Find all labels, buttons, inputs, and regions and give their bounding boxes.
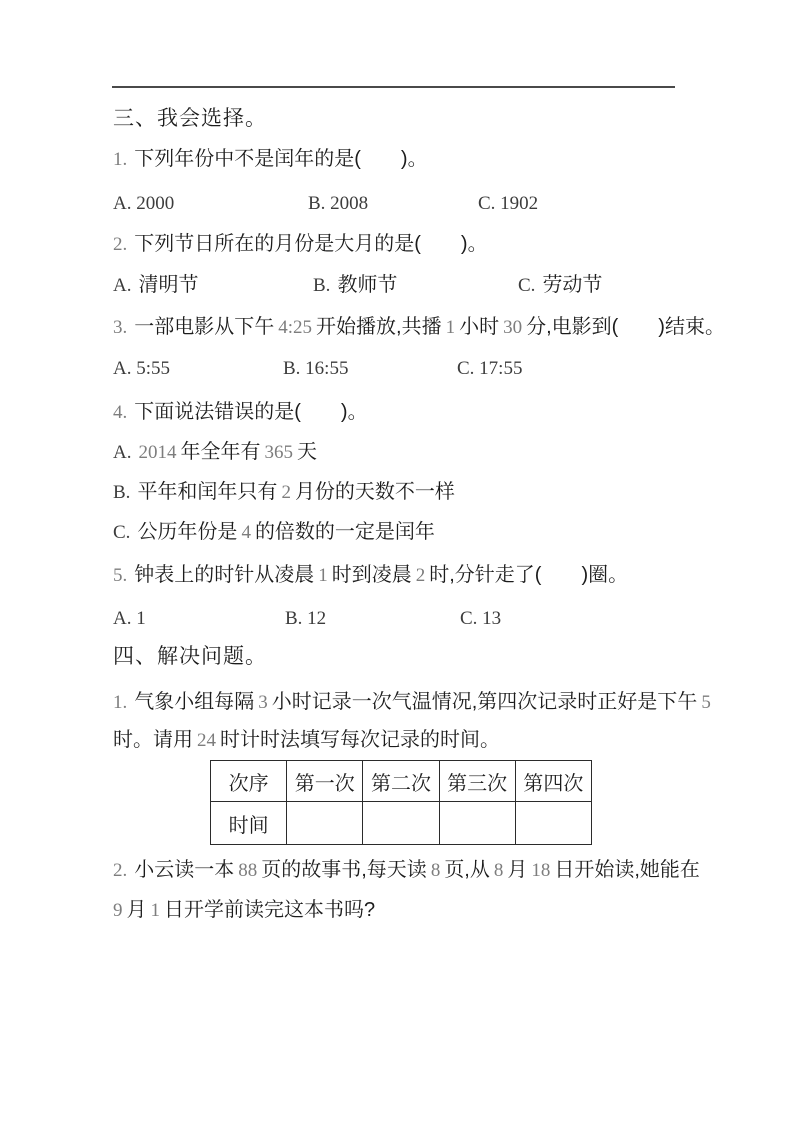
problem-2-line1: 2.小云读一本88页的故事书,每天读8页,从8月18日开始读,她能在 xyxy=(113,856,700,885)
p2-question-end: 日开学前读完这本书吗? xyxy=(164,899,375,921)
q2-option-a-letter: A. xyxy=(113,275,131,296)
problem-2-number: 2. xyxy=(113,860,127,881)
q2-option-c: C.劳动节 xyxy=(518,271,602,300)
table-header-cell: 第三次 xyxy=(439,761,515,802)
p1-text-end: 时计时法填写每次记录的时间。 xyxy=(220,729,500,751)
p2-text-part: 小云读一本 xyxy=(134,859,234,881)
table-time-row: 时间 xyxy=(211,802,592,845)
worksheet-page: 三、我会选择。 1.下列年份中不是闰年的是( )。 A. 2000 B. 200… xyxy=(0,0,793,1122)
q4-a-text-end: 天 xyxy=(297,441,317,463)
question-1: 1.下列年份中不是闰年的是( )。 xyxy=(113,145,428,174)
question-1-number: 1. xyxy=(113,149,127,170)
problem-2-line2: 9月1日开学前读完这本书吗? xyxy=(113,896,375,925)
q3-minutes: 30 xyxy=(503,317,522,338)
question-2: 2.下列节日所在的月份是大月的是( )。 xyxy=(113,230,488,259)
q3-text-part: 小时 xyxy=(459,316,499,338)
table-blank-cell xyxy=(439,802,515,845)
question-1-text: 下列年份中不是闰年的是( )。 xyxy=(134,148,427,170)
p2-text-part: 月 xyxy=(127,899,147,921)
question-5: 5.钟表上的时针从凌晨1时到凌晨2时,分针走了( )圈。 xyxy=(113,561,628,590)
q1-option-c: C. 1902 xyxy=(478,190,538,218)
top-divider xyxy=(112,86,675,88)
problem-1-line2: 时。请用24时计时法填写每次记录的时间。 xyxy=(113,726,500,755)
q2-option-b-letter: B. xyxy=(313,275,330,296)
p2-text-part: 月 xyxy=(507,859,527,881)
q4-option-c: C.公历年份是4的倍数的一定是闰年 xyxy=(113,518,435,547)
question-1-options: A. 2000 B. 2008 C. 1902 xyxy=(0,190,793,220)
p2-end-day: 1 xyxy=(151,900,161,921)
q3-option-c: C. 17:55 xyxy=(457,355,522,383)
q4-option-b: B.平年和闰年只有2月份的天数不一样 xyxy=(113,478,455,507)
p1-afternoon-hour: 5 xyxy=(701,692,711,713)
question-4-text: 下面说法错误的是( )。 xyxy=(134,401,367,423)
table-header-cell: 第四次 xyxy=(515,761,591,802)
table-blank-cell xyxy=(363,802,439,845)
q3-text-part: 一部电影从下午 xyxy=(134,316,274,338)
q4-option-a: A.2014年全年有365天 xyxy=(113,438,317,467)
p2-text-part: 页的故事书,每天读 xyxy=(261,859,427,881)
q3-option-b: B. 16:55 xyxy=(283,355,348,383)
section4-title: 四、解决问题。 xyxy=(113,643,267,671)
section4-title-text: 四、解决问题。 xyxy=(113,645,267,668)
q3-text-part: 分,电影到( )结束。 xyxy=(526,316,725,338)
p1-text-part: 小时记录一次气温情况,第四次记录时正好是下午 xyxy=(272,691,698,713)
question-2-number: 2. xyxy=(113,234,127,255)
q5-option-c: C. 13 xyxy=(460,605,501,633)
q3-hours: 1 xyxy=(446,317,456,338)
question-3-options: A. 5:55 B. 16:55 C. 17:55 xyxy=(0,355,793,385)
section3-title-text: 三、我会选择。 xyxy=(113,107,267,130)
question-4: 4.下面说法错误的是( )。 xyxy=(113,398,368,427)
q4-a-year: 2014 xyxy=(138,442,176,463)
q4-c-multiple: 4 xyxy=(241,522,251,543)
q4-c-text-end: 的倍数的一定是闰年 xyxy=(255,521,435,543)
q1-option-a: A. 2000 xyxy=(113,190,174,218)
q3-text-part: 开始播放,共播 xyxy=(316,316,442,338)
q4-c-text: 公历年份是 xyxy=(137,521,237,543)
q5-option-a: A. 1 xyxy=(113,605,146,633)
problem-1-number: 1. xyxy=(113,692,127,713)
p1-interval-hours: 3 xyxy=(258,692,268,713)
q2-option-c-letter: C. xyxy=(518,275,535,296)
q3-option-a: A. 5:55 xyxy=(113,355,170,383)
p2-start-month: 8 xyxy=(494,860,504,881)
question-4-number: 4. xyxy=(113,402,127,423)
p1-24hour: 24 xyxy=(197,730,216,751)
q2-option-a: A.清明节 xyxy=(113,271,198,300)
q5-text-part: 钟表上的时针从凌晨 xyxy=(134,564,314,586)
p2-text-end: 日开始读,她能在 xyxy=(554,859,700,881)
q3-start-time: 4:25 xyxy=(278,317,312,338)
table-header-cell: 第二次 xyxy=(363,761,439,802)
table-header-row: 次序 第一次 第二次 第三次 第四次 xyxy=(211,761,592,802)
q5-text-end: 时,分针走了( )圈。 xyxy=(429,564,628,586)
q5-hour2: 2 xyxy=(416,565,426,586)
problem-1-line1: 1.气象小组每隔3小时记录一次气温情况,第四次记录时正好是下午5 xyxy=(113,688,715,717)
q4-b-text: 平年和闰年只有 xyxy=(137,481,277,503)
question-3-number: 3. xyxy=(113,317,127,338)
q2-option-a-name: 清明节 xyxy=(138,274,198,296)
q2-option-b: B.教师节 xyxy=(313,271,397,300)
q5-hour1: 1 xyxy=(318,565,328,586)
p1-text-part: 气象小组每隔 xyxy=(134,691,254,713)
p2-text-part: 页,从 xyxy=(444,859,490,881)
q4-option-a-letter: A. xyxy=(113,442,131,463)
question-2-text: 下列节日所在的月份是大月的是( )。 xyxy=(134,233,487,255)
table-row-label: 时间 xyxy=(211,802,287,845)
table-blank-cell xyxy=(287,802,363,845)
record-time-table: 次序 第一次 第二次 第三次 第四次 时间 xyxy=(210,760,592,845)
question-2-options: A.清明节 B.教师节 C.劳动节 xyxy=(0,271,793,301)
q1-option-b: B. 2008 xyxy=(308,190,368,218)
p2-start-day: 18 xyxy=(531,860,550,881)
p2-pages-per-day: 8 xyxy=(431,860,441,881)
table-header-cell: 第一次 xyxy=(287,761,363,802)
q4-option-c-letter: C. xyxy=(113,522,130,543)
table-header-cell: 次序 xyxy=(211,761,287,802)
q2-option-b-name: 教师节 xyxy=(337,274,397,296)
q5-text-part: 时到凌晨 xyxy=(332,564,412,586)
table-blank-cell xyxy=(515,802,591,845)
question-3: 3.一部电影从下午4:25开始播放,共播1小时30分,电影到( )结束。 xyxy=(113,313,725,342)
q2-option-c-name: 劳动节 xyxy=(542,274,602,296)
section3-title: 三、我会选择。 xyxy=(113,105,267,133)
question-5-options: A. 1 B. 12 C. 13 xyxy=(0,605,793,635)
q5-option-b: B. 12 xyxy=(285,605,326,633)
p2-total-pages: 88 xyxy=(238,860,257,881)
q4-b-text-end: 月份的天数不一样 xyxy=(295,481,455,503)
p1-text-part: 时。请用 xyxy=(113,729,193,751)
question-5-number: 5. xyxy=(113,565,127,586)
q4-a-text: 年全年有 xyxy=(180,441,260,463)
q4-b-month: 2 xyxy=(281,482,291,503)
q4-option-b-letter: B. xyxy=(113,482,130,503)
q4-a-days: 365 xyxy=(264,442,293,463)
p2-end-month: 9 xyxy=(113,900,123,921)
